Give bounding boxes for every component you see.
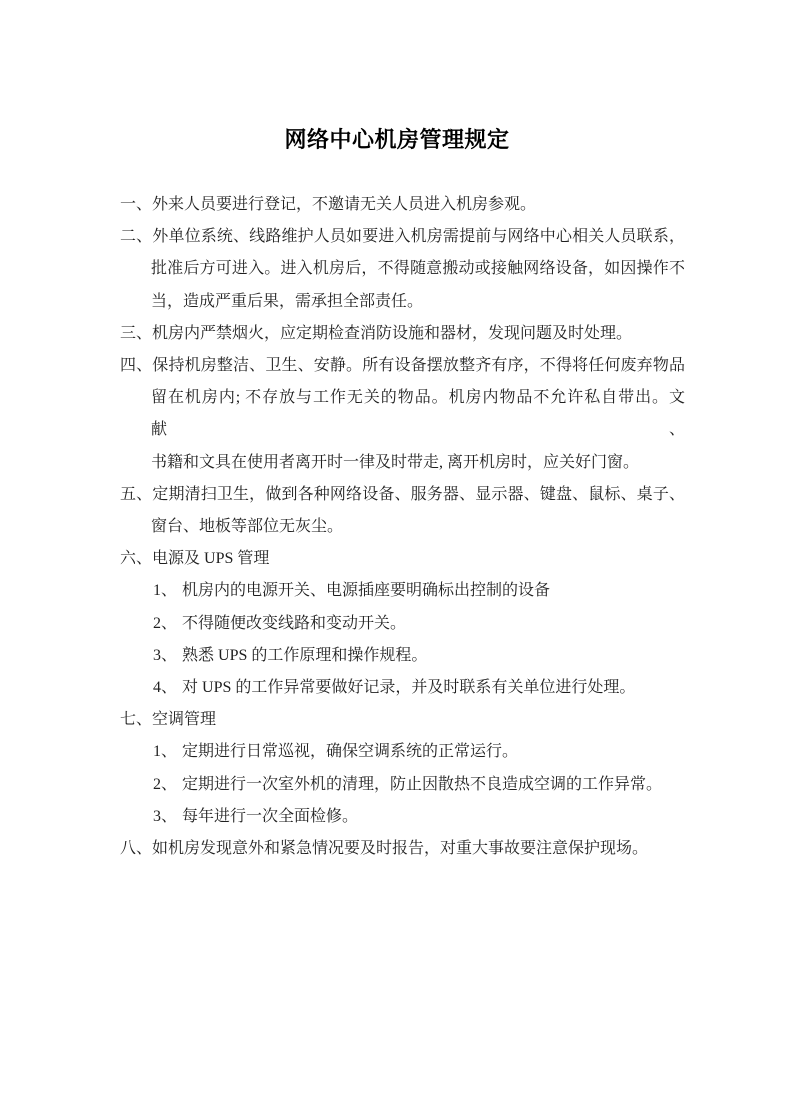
sub-item-marker: 2、 — [153, 776, 177, 793]
list-item: 四、保持机房整洁、卫生、安静。所有设备摆放整齐有序，不得将任何废弃物品留在机房内… — [120, 350, 685, 479]
sub-list-item: 2、定期进行一次室外机的清理，防止因散热不良造成空调的工作异常。 — [153, 769, 685, 801]
item-line: 二、外单位系统、线路维护人员如要进入机房需提前与网络中心相关人员联系， — [120, 221, 685, 253]
item-marker: 二、 — [120, 228, 152, 245]
item-line: 一、外来人员要进行登记，不邀请无关人员进入机房参观。 — [120, 189, 685, 221]
item-marker: 六、 — [120, 550, 152, 567]
list-item: 八、如机房发现意外和紧急情况要及时报告，对重大事故要注意保护现场。 — [120, 833, 685, 865]
list-item: 五、定期清扫卫生，做到各种网络设备、服务器、显示器、键盘、鼠标、桌子、窗台、地板… — [120, 479, 685, 543]
sub-list-item: 3、每年进行一次全面检修。 — [153, 801, 685, 833]
item-marker: 一、 — [120, 196, 152, 213]
item-marker: 五、 — [120, 486, 152, 503]
list-item: 六、电源及 UPS 管理1、机房内的电源开关、电源插座要明确标出控制的设备2、不… — [120, 543, 685, 704]
item-line: 六、电源及 UPS 管理 — [120, 543, 685, 575]
sub-item-marker: 3、 — [153, 808, 177, 825]
sub-item-marker: 2、 — [153, 615, 177, 632]
item-line: 五、定期清扫卫生，做到各种网络设备、服务器、显示器、键盘、鼠标、桌子、 — [120, 479, 685, 511]
document-page: 网络中心机房管理规定 一、外来人员要进行登记，不邀请无关人员进入机房参观。二、外… — [0, 0, 794, 1108]
item-line: 四、保持机房整洁、卫生、安静。所有设备摆放整齐有序，不得将任何废弃物品 — [120, 350, 685, 382]
item-marker: 三、 — [120, 325, 152, 342]
sub-list-item: 3、熟悉 UPS 的工作原理和操作规程。 — [153, 640, 685, 672]
list-item: 三、机房内严禁烟火，应定期检查消防设施和器材，发现问题及时处理。 — [120, 318, 685, 350]
sub-list-item: 2、不得随便改变线路和变动开关。 — [153, 608, 685, 640]
item-marker: 四、 — [120, 357, 152, 374]
sub-item-marker: 1、 — [153, 743, 177, 760]
list-item: 七、空调管理1、定期进行日常巡视，确保空调系统的正常运行。2、定期进行一次室外机… — [120, 704, 685, 833]
item-line: 三、机房内严禁烟火，应定期检查消防设施和器材，发现问题及时处理。 — [120, 318, 685, 350]
regulation-list: 一、外来人员要进行登记，不邀请无关人员进入机房参观。二、外单位系统、线路维护人员… — [120, 189, 685, 865]
item-marker: 八、 — [120, 840, 152, 857]
sub-item-marker: 4、 — [153, 679, 177, 696]
list-item: 一、外来人员要进行登记，不邀请无关人员进入机房参观。 — [120, 189, 685, 221]
item-line: 批准后方可进入。进入机房后，不得随意搬动或接触网络设备，如因操作不 — [120, 253, 685, 285]
item-line: 当，造成严重后果，需承担全部责任。 — [120, 286, 685, 318]
item-line: 八、如机房发现意外和紧急情况要及时报告，对重大事故要注意保护现场。 — [120, 833, 685, 865]
item-line: 七、空调管理 — [120, 704, 685, 736]
sub-item-marker: 1、 — [153, 582, 177, 599]
list-item: 二、外单位系统、线路维护人员如要进入机房需提前与网络中心相关人员联系，批准后方可… — [120, 221, 685, 318]
item-line: 书籍和文具在使用者离开时一律及时带走, 离开机房时，应关好门窗。 — [120, 447, 685, 479]
sub-list-item: 1、定期进行日常巡视，确保空调系统的正常运行。 — [153, 736, 685, 768]
document-title: 网络中心机房管理规定 — [0, 125, 794, 155]
sub-list-item: 1、机房内的电源开关、电源插座要明确标出控制的设备 — [153, 575, 685, 607]
sub-list-item: 4、对 UPS 的工作异常要做好记录，并及时联系有关单位进行处理。 — [153, 672, 685, 704]
sub-item-marker: 3、 — [153, 647, 177, 664]
item-line: 窗台、地板等部位无灰尘。 — [120, 511, 685, 543]
item-line: 留在机房内; 不存放与工作无关的物品。机房内物品不允许私自带出。文献、 — [120, 382, 685, 446]
item-marker: 七、 — [120, 711, 152, 728]
